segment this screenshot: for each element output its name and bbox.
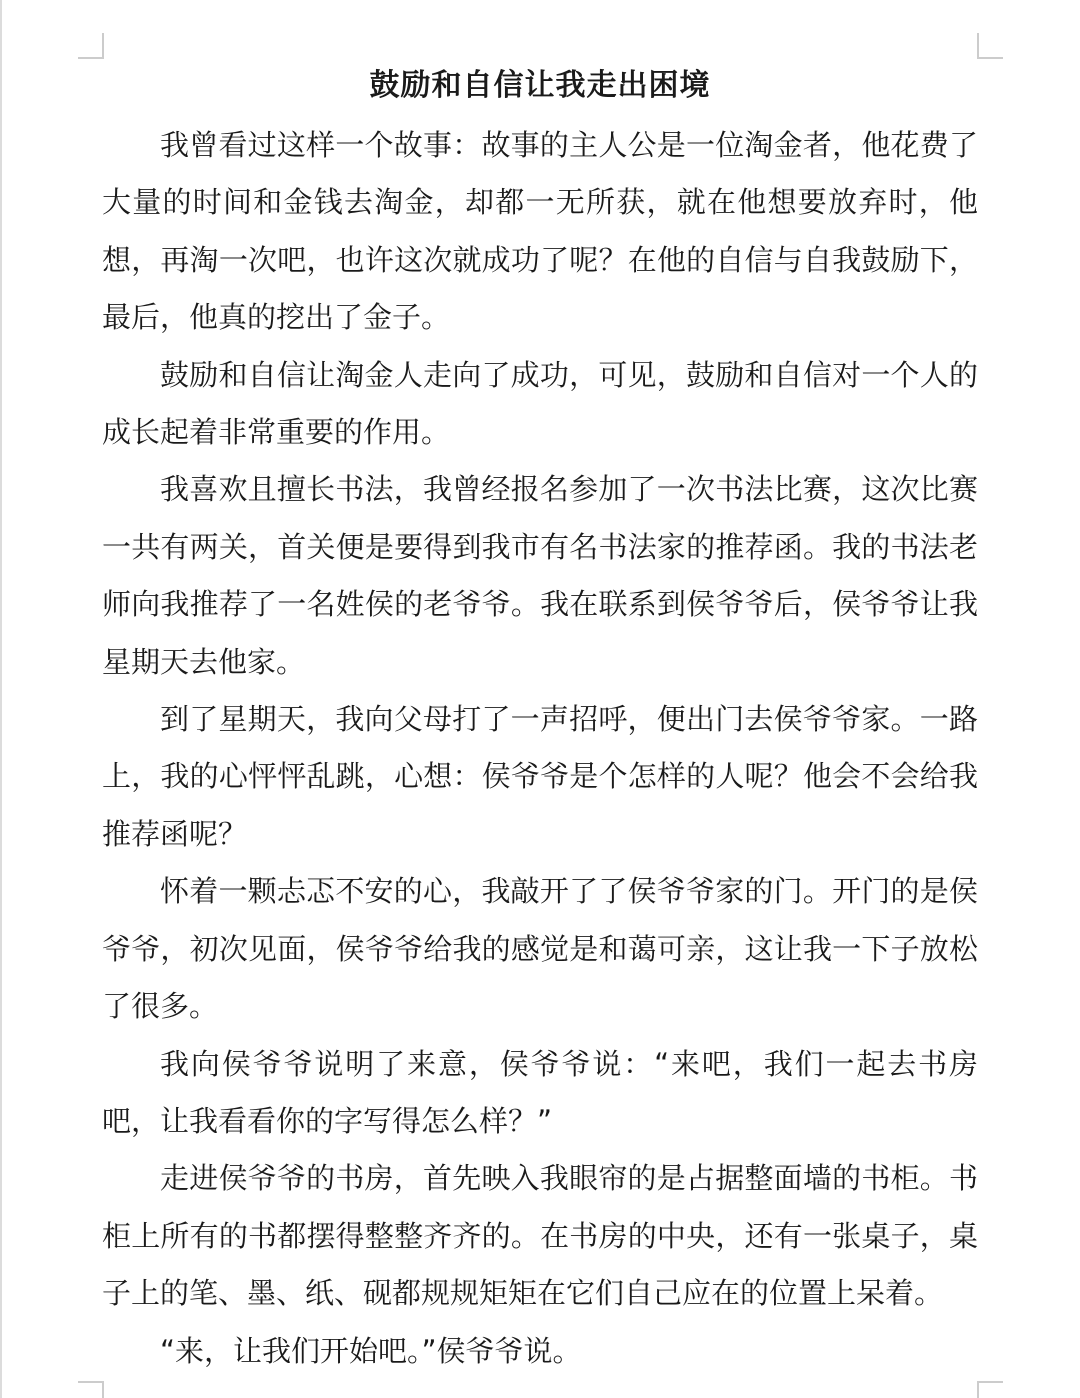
essay-paragraph-2: 鼓励和自信让淘金人走向了成功，可见，鼓励和自信对一个人的成长起着非常重要的作用。	[102, 347, 978, 462]
crop-mark-top-left	[78, 33, 104, 59]
essay-paragraph-7: 走进侯爷爷的书房，首先映入我眼帘的是占据整面墙的书柜。书柜上所有的书都摆得整整齐…	[102, 1150, 978, 1322]
page-left-edge-line	[0, 0, 2, 1398]
essay-paragraph-4: 到了星期天，我向父母打了一声招呼，便出门去侯爷爷家。一路上，我的心怦怦乱跳，心想…	[102, 691, 978, 863]
essay-paragraph-6: 我向侯爷爷说明了来意，侯爷爷说：“来吧，我们一起去书房吧，让我看看你的字写得怎么…	[102, 1036, 978, 1151]
crop-mark-top-right	[977, 33, 1003, 59]
essay-paragraph-3: 我喜欢且擅长书法，我曾经报名参加了一次书法比赛，这次比赛一共有两关，首关便是要得…	[102, 461, 978, 691]
essay-paragraph-1: 我曾看过这样一个故事：故事的主人公是一位淘金者，他花费了大量的时间和金钱去淘金，…	[102, 117, 978, 347]
essay-paragraph-5: 怀着一颗忐忑不安的心，我敲开了了侯爷爷家的门。开门的是侯爷爷，初次见面，侯爷爷给…	[102, 863, 978, 1035]
essay-title: 鼓励和自信让我走出困境	[102, 66, 978, 106]
crop-mark-bottom-right	[977, 1381, 1003, 1398]
crop-mark-bottom-left	[78, 1381, 104, 1398]
document-page: 鼓励和自信让我走出困境 我曾看过这样一个故事：故事的主人公是一位淘金者，他花费了…	[0, 0, 1080, 1398]
essay-paragraph-8: “来，让我们开始吧。”侯爷爷说。	[102, 1323, 978, 1380]
essay-body: 我曾看过这样一个故事：故事的主人公是一位淘金者，他花费了大量的时间和金钱去淘金，…	[102, 117, 978, 1380]
